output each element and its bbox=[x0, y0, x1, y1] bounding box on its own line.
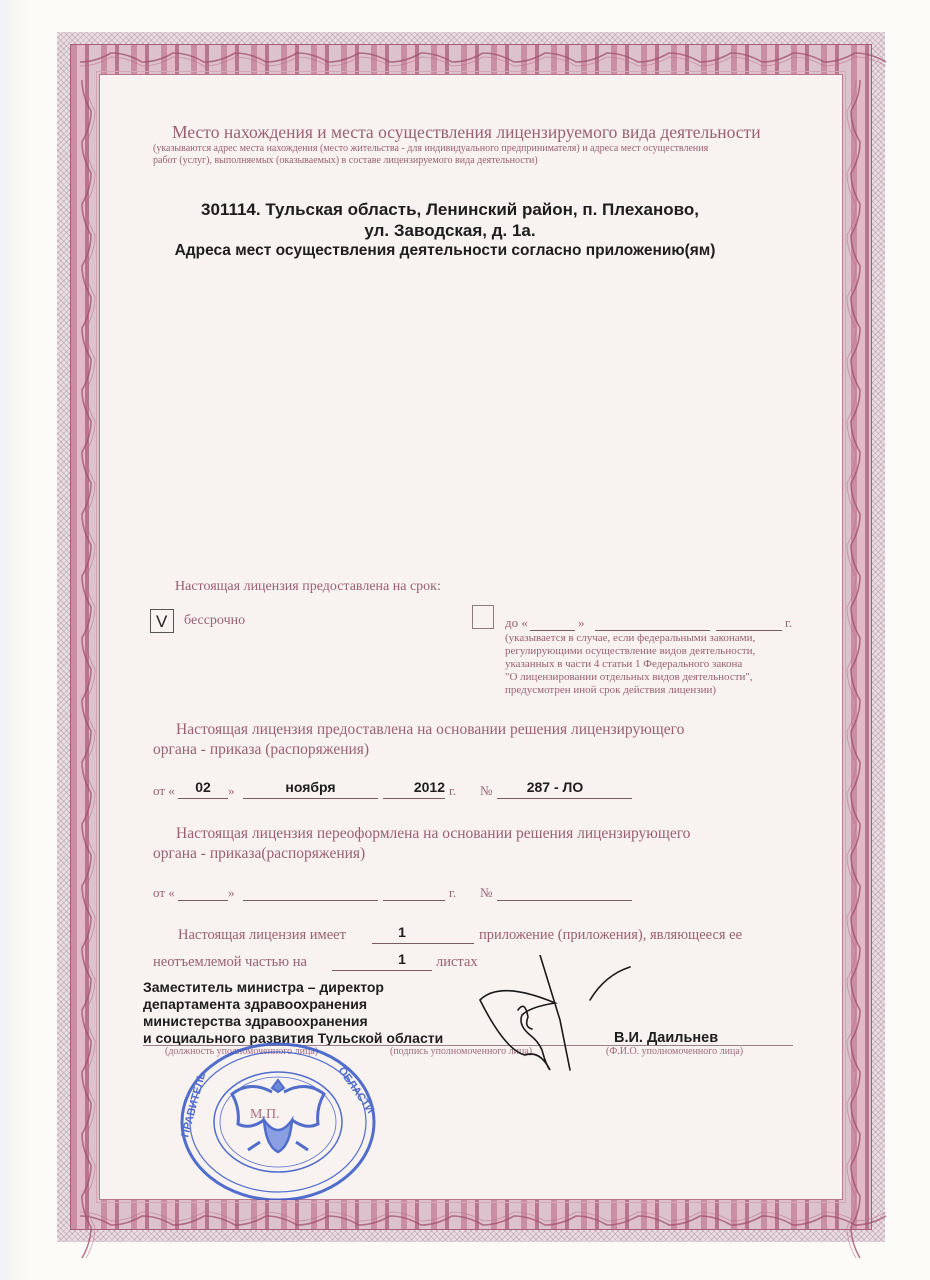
until-note-line3: указанных в части 4 статьи 1 Федеральног… bbox=[505, 658, 742, 671]
basis-from-label: от « bbox=[153, 783, 175, 799]
reissue-quote-close: » bbox=[228, 885, 235, 901]
basis-number: 287 - ЛО bbox=[500, 779, 610, 795]
reissue-day-line[interactable] bbox=[178, 900, 228, 901]
appendix-line1-prefix: Настоящая лицензия имеет bbox=[178, 927, 346, 944]
basis-year-line bbox=[383, 798, 445, 799]
address-line2: ул. Заводская, д. 1а. bbox=[140, 221, 760, 241]
appendix-count-line bbox=[372, 943, 474, 944]
reissue-line1: Настоящая лицензия переоформлена на осно… bbox=[176, 825, 690, 843]
basis-line1: Настоящая лицензия предоставлена на осно… bbox=[176, 721, 684, 739]
reissue-year-suffix: г. bbox=[449, 885, 456, 901]
basis-month-line bbox=[243, 798, 378, 799]
until-quote-close: » bbox=[578, 615, 585, 631]
svg-text:М.П.: М.П. bbox=[250, 1107, 280, 1122]
until-year-suffix: г. bbox=[785, 615, 792, 631]
checkmark-v: V bbox=[156, 612, 167, 632]
address-line1: 301114. Тульская область, Ленинский райо… bbox=[140, 200, 760, 220]
reissue-year-line[interactable] bbox=[383, 900, 445, 901]
basis-line2: органа - приказа (распоряжения) bbox=[153, 741, 369, 759]
handwritten-signature-icon bbox=[470, 955, 640, 1075]
indefinite-checkbox[interactable]: V bbox=[150, 609, 174, 633]
term-heading: Настоящая лицензия предоставлена на срок… bbox=[175, 579, 441, 595]
appendix-sheets-line bbox=[332, 970, 432, 971]
basis-day: 02 bbox=[178, 779, 228, 795]
reissue-line2: органа - приказа(распоряжения) bbox=[153, 845, 365, 863]
until-note-line4: "О лицензировании отдельных видов деятел… bbox=[505, 671, 753, 684]
location-heading: Место нахождения и места осуществления л… bbox=[172, 122, 761, 143]
reissue-month-line[interactable] bbox=[243, 900, 378, 901]
indefinite-label: бессрочно bbox=[184, 613, 245, 629]
appendix-line2-prefix: неотъемлемой частью на bbox=[153, 954, 307, 971]
until-prefix: до « bbox=[505, 615, 528, 631]
signatory-position-line2: департамента здравоохранения bbox=[143, 996, 367, 1013]
signatory-position-line3: министерства здравоохранения bbox=[143, 1013, 368, 1030]
until-year-line[interactable] bbox=[716, 630, 782, 631]
location-note-line2: работ (услуг), выполняемых (оказываемых)… bbox=[153, 155, 538, 166]
reissue-number-line[interactable] bbox=[497, 900, 632, 901]
signatory-position-line1: Заместитель министра – директор bbox=[143, 979, 384, 996]
basis-number-line bbox=[497, 798, 632, 799]
basis-number-label: № bbox=[480, 783, 492, 799]
address-line3: Адреса мест осуществления деятельности с… bbox=[150, 242, 740, 260]
until-note-line1: (указывается в случае, если федеральными… bbox=[505, 632, 755, 645]
basis-year: 2012 bbox=[395, 779, 445, 795]
until-date-checkbox[interactable] bbox=[472, 605, 494, 629]
appendix-count: 1 bbox=[372, 924, 432, 940]
until-note-line5: предусмотрен иной срок действия лицензии… bbox=[505, 684, 716, 697]
location-note-line1: (указываются адрес места нахождения (мес… bbox=[153, 143, 708, 154]
coat-of-arms-seal-icon: ПРАВИТЕЛЬ ОБЛАСТИ М.П. bbox=[178, 1040, 378, 1200]
reissue-number-label: № bbox=[480, 885, 492, 901]
until-month-line[interactable] bbox=[595, 630, 710, 631]
appendix-sheets: 1 bbox=[372, 951, 432, 967]
appendix-line1-suffix: приложение (приложения), являющееся ее bbox=[479, 927, 742, 944]
svg-text:ОБЛАСТИ: ОБЛАСТИ bbox=[336, 1065, 377, 1116]
reissue-from-label: от « bbox=[153, 885, 175, 901]
basis-year-suffix: г. bbox=[449, 783, 456, 799]
basis-quote-close: » bbox=[228, 783, 235, 799]
basis-month: ноября bbox=[243, 779, 378, 795]
basis-day-line bbox=[178, 798, 228, 799]
until-day-line[interactable] bbox=[530, 630, 575, 631]
until-note-line2: регулирующими осуществление видов деятел… bbox=[505, 645, 755, 658]
